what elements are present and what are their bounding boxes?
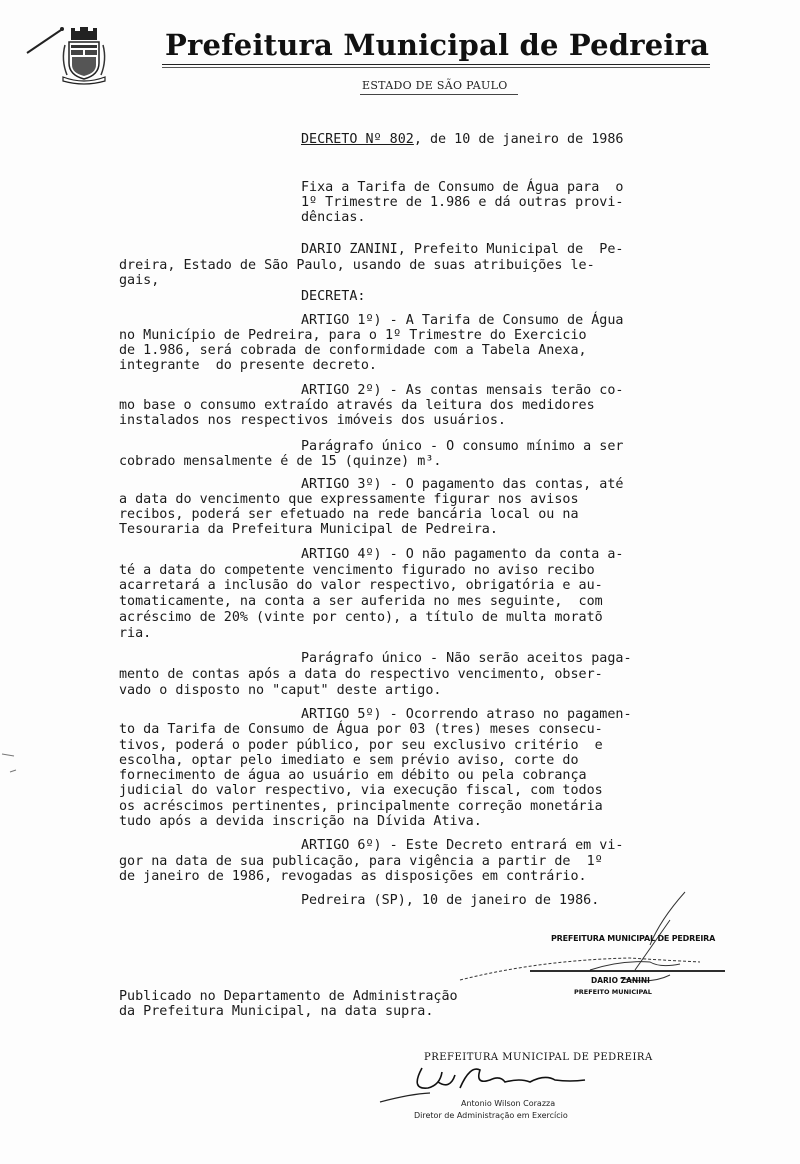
- decreta-label: DECRETA:: [301, 289, 366, 304]
- article-2-line: mo base o consumo extraído através da le…: [119, 398, 595, 413]
- summary-line: dências.: [301, 210, 366, 225]
- article-5-line: os acréscimos pertinentes, principalment…: [119, 799, 603, 814]
- article-5-line: ARTIGO 5º) - Ocorrendo atraso no pagamen…: [301, 707, 632, 722]
- article-4-paragraph-line: vado o disposto no "caput" deste artigo.: [119, 683, 441, 698]
- header-title: Prefeitura Municipal de Pedreira: [165, 28, 709, 62]
- article-4-line: acarretará a inclusão do valor respectiv…: [119, 578, 603, 593]
- preamble-line: dreira, Estado de São Paulo, usando de s…: [119, 258, 595, 273]
- article-2-paragraph-line: cobrado mensalmente é de 15 (quinze) m³.: [119, 454, 441, 469]
- article-4-line: tomaticamente, na conta a ser auferida n…: [119, 594, 603, 609]
- mayor-stamp-org: PREFEITURA MUNICIPAL DE PEDREIRA: [551, 934, 715, 943]
- header-rule: [162, 67, 710, 68]
- article-5-line: tudo após a devida inscrição na Dívida A…: [119, 814, 482, 829]
- summary-line: Fixa a Tarifa de Consumo de Água para o: [301, 180, 623, 195]
- state-underline: [360, 94, 518, 95]
- article-4-paragraph-line: mento de contas após a data do respectiv…: [119, 667, 603, 682]
- publication-line: da Prefeitura Municipal, na data supra.: [119, 1004, 433, 1019]
- article-1-line: no Município de Pedreira, para o 1º Trim…: [119, 328, 587, 343]
- article-1-line: ARTIGO 1º) - A Tarifa de Consumo de Água: [301, 313, 623, 328]
- decree-number: DECRETO Nº 802: [301, 132, 414, 147]
- article-2-paragraph-line: Parágrafo único - O consumo mínimo a ser: [301, 439, 623, 454]
- summary-line: 1º Trimestre de 1.986 e dá outras provi-: [301, 195, 623, 210]
- article-6-line: ARTIGO 6º) - Este Decreto entrará em vi-: [301, 838, 623, 853]
- decree-page: Prefeitura Municipal de Pedreira ESTADO …: [0, 0, 800, 1164]
- article-3-line: a data do vencimento que expressamente f…: [119, 492, 579, 507]
- article-5-line: tivos, poderá o poder público, por seu e…: [119, 738, 603, 753]
- article-6-line: gor na data de sua publicação, para vigê…: [119, 854, 603, 869]
- article-4-line: ARTIGO 4º) - O não pagamento da conta a-: [301, 547, 623, 562]
- article-5-line: fornecimento de água ao usuário em débit…: [119, 768, 587, 783]
- mayor-name: DARIO ZANINI: [591, 976, 650, 985]
- article-5-line: escolha, optar pelo imediato e sem prévi…: [119, 753, 579, 768]
- municipal-coat-of-arms-icon: [25, 25, 115, 85]
- preamble-line: DARIO ZANINI, Prefeito Municipal de Pe-: [301, 242, 623, 257]
- decree-date: , de 10 de janeiro de 1986: [414, 132, 624, 147]
- director-name: Antonio Wilson Corazza: [461, 1099, 555, 1108]
- mayor-role: PREFEITO MUNICIPAL: [574, 988, 652, 996]
- header-state: ESTADO DE SÃO PAULO: [362, 79, 508, 92]
- article-5-line: to da Tarifa de Consumo de Água por 03 (…: [119, 722, 603, 737]
- article-4-line: té a data do competente vencimento figur…: [119, 563, 595, 578]
- scan-mark: [0, 750, 20, 780]
- article-4-paragraph-line: Parágrafo único - Não serão aceitos paga…: [301, 651, 632, 666]
- article-3-line: ARTIGO 3º) - O pagamento das contas, até: [301, 477, 623, 492]
- mayor-signature-scribble: [420, 890, 720, 1000]
- article-3-line: Tesouraria da Prefeitura Municipal de Pe…: [119, 522, 498, 537]
- header-rule: [162, 64, 710, 65]
- publication-line: Publicado no Departamento de Administraç…: [119, 989, 458, 1004]
- director-role: Diretor de Administração em Exercício: [414, 1111, 568, 1120]
- article-6-line: de janeiro de 1986, revogadas as disposi…: [119, 869, 587, 884]
- article-4-line: ria.: [119, 626, 151, 641]
- article-3-line: recibos, poderá ser efetuado na rede ban…: [119, 507, 579, 522]
- article-4-line: acréscimo de 20% (vinte por cento), a tí…: [119, 610, 603, 625]
- article-2-line: instalados nos respectivos imóveis dos u…: [119, 413, 506, 428]
- article-1-line: integrante do presente decreto.: [119, 358, 377, 373]
- article-2-line: ARTIGO 2º) - As contas mensais terão co-: [301, 383, 623, 398]
- decree-title: DECRETO Nº 802, de 10 de janeiro de 1986: [301, 132, 623, 147]
- preamble-line: gais,: [119, 273, 159, 288]
- article-5-line: judicial do valor respectivo, via execuç…: [119, 783, 603, 798]
- article-1-line: de 1.986, será cobrada de conformidade c…: [119, 343, 587, 358]
